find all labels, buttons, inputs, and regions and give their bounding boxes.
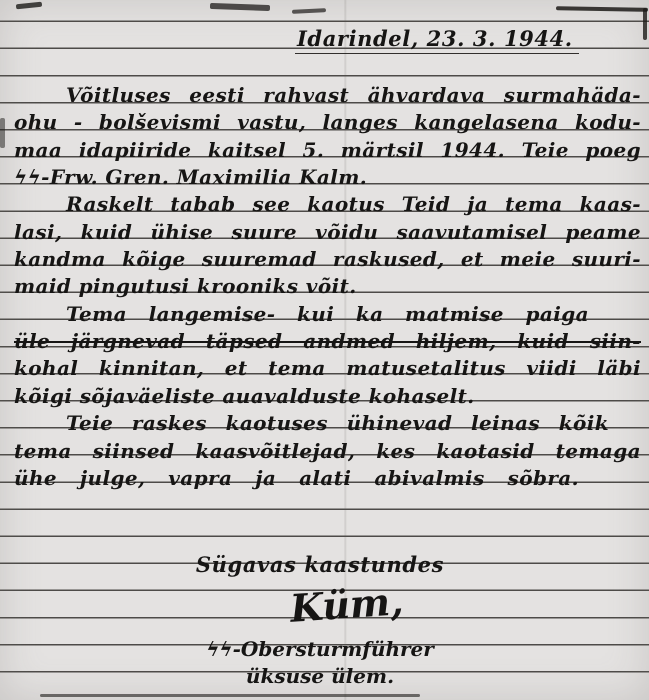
letter-line: maa idapiiride kaitsel 5. märtsil 1944. … xyxy=(14,137,641,163)
letter-line: ühe julge, vapra ja alati abivalmis sõbr… xyxy=(14,465,579,491)
letter-line: maid pingutusi krooniks võit. xyxy=(14,273,641,299)
signer-rank: ϟϟ-Obersturmführer xyxy=(140,637,500,661)
ink-smudge xyxy=(0,118,5,148)
signer-title: üksuse ülem. xyxy=(140,664,500,688)
letter-line: ohu - bolševismi vastu, langes kangelase… xyxy=(14,109,641,135)
ink-smudge xyxy=(40,694,420,697)
letter-line-struck: üle järgnevad täpsed andmed hiljem, kuid… xyxy=(14,328,641,354)
dateline: Idarindel, 23. 3. 1944. xyxy=(295,26,579,54)
letter-line: Tema langemise- kui ka matmise paiga xyxy=(14,301,589,327)
letter-line: kohal kinnitan, et tema matusetalitus vi… xyxy=(14,355,641,381)
letter-line: kandma kõige suuremad raskused, et meie … xyxy=(14,246,641,272)
letter-line: Raskelt tabab see kaotus Teid ja tema ka… xyxy=(14,191,641,217)
letter-line: lasi, kuid ühise suure võidu saavutamise… xyxy=(14,219,641,245)
signature: Küm, xyxy=(289,578,405,631)
ink-smudge xyxy=(643,8,647,40)
letter-line: Teie raskes kaotuses ühinevad leinas kõi… xyxy=(14,410,609,436)
ink-smudge xyxy=(210,3,270,11)
closing-phrase: Sügavas kaastundes xyxy=(150,552,490,577)
ink-smudge xyxy=(292,8,326,14)
letter-line: kõigi sõjaväeliste auavalduste kohaselt. xyxy=(14,383,641,409)
ink-smudge xyxy=(16,2,42,10)
letter-line: tema siinsed kaasvõitlejad, kes kaotasid… xyxy=(14,438,641,464)
letter-line: Võitluses eesti rahvast ähvardava surmah… xyxy=(14,82,641,108)
letter-page: Idarindel, 23. 3. 1944. Võitluses eesti … xyxy=(0,0,649,700)
ink-smudge xyxy=(556,6,648,12)
letter-line: ϟϟ-Frw. Gren. Maximilia Kalm. xyxy=(14,164,641,190)
